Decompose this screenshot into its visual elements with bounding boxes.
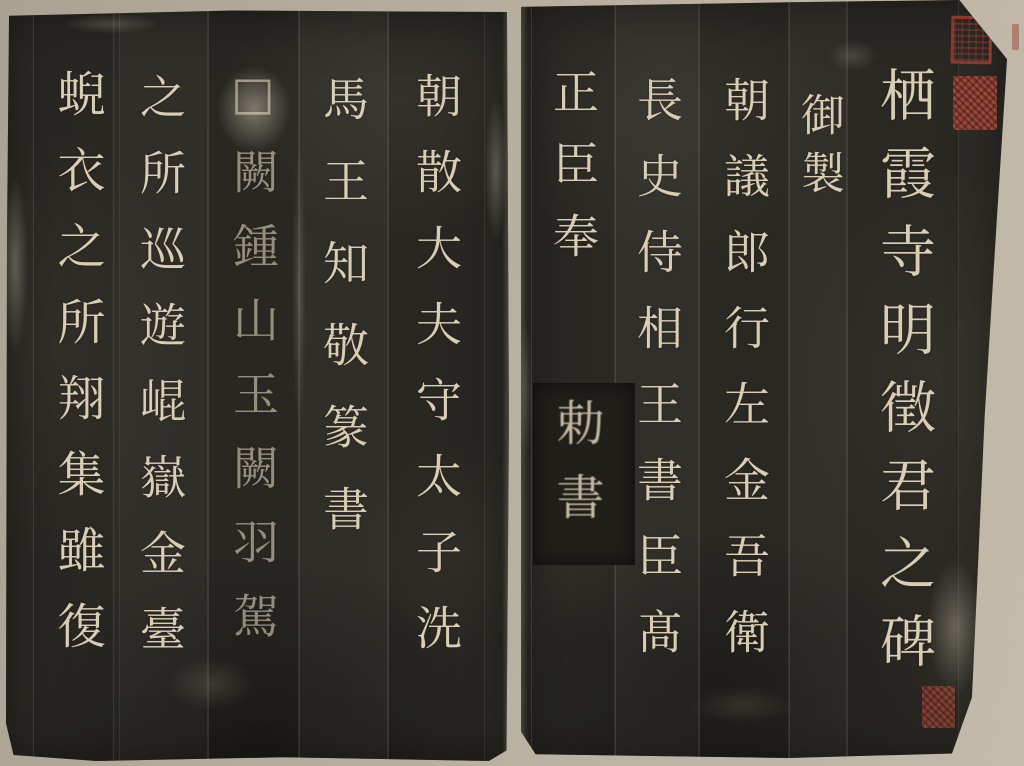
text-column-official-3-lower: 勅書 [552,398,600,546]
text-column-body-2: 之所巡遊崐嶽金臺 [137,73,183,681]
collector-seal-bottom [922,686,955,728]
collector-seal-outline [951,16,993,65]
album-leaf-left: 朝散大夫守太子洗 馬王知敬篆書 □闕鍾山玉闕羽駕 之所巡遊崐嶽金臺 蜺衣之所翔集… [6,9,509,761]
collector-seal-solid [953,76,997,130]
text-column-imperial: 御製 [796,92,840,208]
text-column-chaosan-dafu: 朝散大夫守太子洗 [413,72,459,680]
text-column-official-1: 朝議郎行左金吾衛 [721,76,767,684]
seal-remnant-edge [1012,24,1019,50]
photograph-of-rubbing-album: { "meta": { "title": "栖霞寺明徵君之碑", "object… [0,0,1024,766]
text-column-body-1: □闕鍾山玉闕羽駕 [230,66,276,666]
text-column-stele-title: 栖霞寺明徵君之碑 [875,66,931,690]
album-leaf-right: 栖霞寺明徵君之碑 御製 朝議郎行左金吾衛 長史侍相王書臣髙 正臣奉 勅書 [521,0,1008,758]
inner-edge-highlight [502,9,509,761]
text-column-official-3-upper: 正臣奉 [550,68,596,284]
text-column-body-3: 蜺衣之所翔集雖復 [53,69,101,677]
text-column-wang-zhijing: 馬王知敬篆書 [320,75,366,567]
text-column-official-2: 長史侍相王書臣髙 [634,76,680,684]
inner-edge-highlight [521,0,528,758]
edge-scratch [6,149,32,379]
